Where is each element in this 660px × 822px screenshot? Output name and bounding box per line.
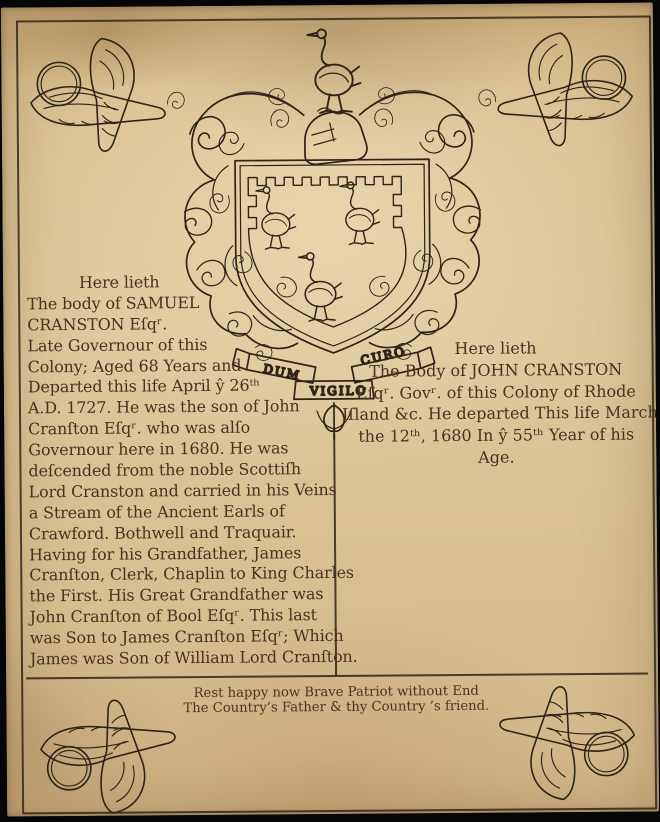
epitaph-line: A.D. 1727. He was the son of John — [28, 396, 338, 419]
helmet-icon — [305, 108, 367, 165]
epitaph-line: Eſqʳ. Govʳ. of this Colony of Rhode — [342, 380, 650, 404]
parchment-sheet: DUM CURO VIGILO Here lieth The body of S… — [1, 2, 659, 816]
epitaph-line: Cranſton Eſqʳ. who was alſo — [28, 417, 338, 440]
winged-cherub-icon — [491, 29, 642, 152]
epitaph-line: Crawford. Bothwell and Traquair. — [29, 522, 339, 545]
john-cranston-epitaph: Here lieth The Body of JOHN CRANSTON Eſq… — [341, 336, 650, 469]
winged-cherub-icon — [21, 34, 172, 157]
samuel-cranston-epitaph: Here lieth The body of SAMUEL CRANSTON E… — [27, 271, 340, 670]
epitaph-line: was Son to James Cranſton Eſqʳ; Which — [30, 626, 340, 649]
epitaph-line: Cranſton, Clerk, Chaplin to King Charles — [29, 563, 339, 586]
epitaph-line: Governour here in 1680. He was — [28, 438, 338, 461]
epitaph-line: Colony; Aged 68 Years and — [28, 355, 338, 378]
epitaph-line: The body of SAMUEL — [27, 292, 337, 315]
epitaph-line: James was Son of William Lord Cranſton. — [30, 647, 340, 670]
epitaph-line: John Cranſton of Bool Eſqʳ. This last — [30, 605, 340, 628]
epitaph-line: Iſland &c. He departed This life March — [342, 402, 650, 426]
epitaph-line: The Body of JOHN CRANSTON — [342, 358, 650, 382]
epitaph-line: Having for his Grandfather, James — [29, 543, 339, 566]
epitaph-line: Departed this life April ŷ 26ᵗʰ — [28, 375, 338, 398]
epitaph-line: Here lieth — [27, 271, 337, 294]
epitaph-line: CRANSTON Eſqʳ. — [27, 313, 337, 336]
epitaph-line: the 12ᵗʰ, 1680 In ŷ 55ᵗʰ Year of his — [342, 424, 650, 448]
epitaph-line: Late Governour of this — [27, 334, 337, 357]
epitaph-line: the First. His Great Grandfather was — [29, 584, 339, 607]
epitaph-line: Age. — [342, 445, 650, 469]
crest-crane-icon — [307, 29, 360, 113]
epitaph-line: Here lieth — [341, 336, 649, 360]
framed-photograph: DUM CURO VIGILO Here lieth The body of S… — [0, 0, 660, 822]
closing-couplet: Rest happy now Brave Patriot without End… — [86, 684, 586, 717]
epitaph-line: a Stream of the Ancient Earls of — [29, 501, 339, 524]
epitaph-line: Lord Cranston and carried in his Veins — [29, 480, 339, 503]
epitaph-line: deſcended from the noble Scottiſh — [28, 459, 338, 482]
